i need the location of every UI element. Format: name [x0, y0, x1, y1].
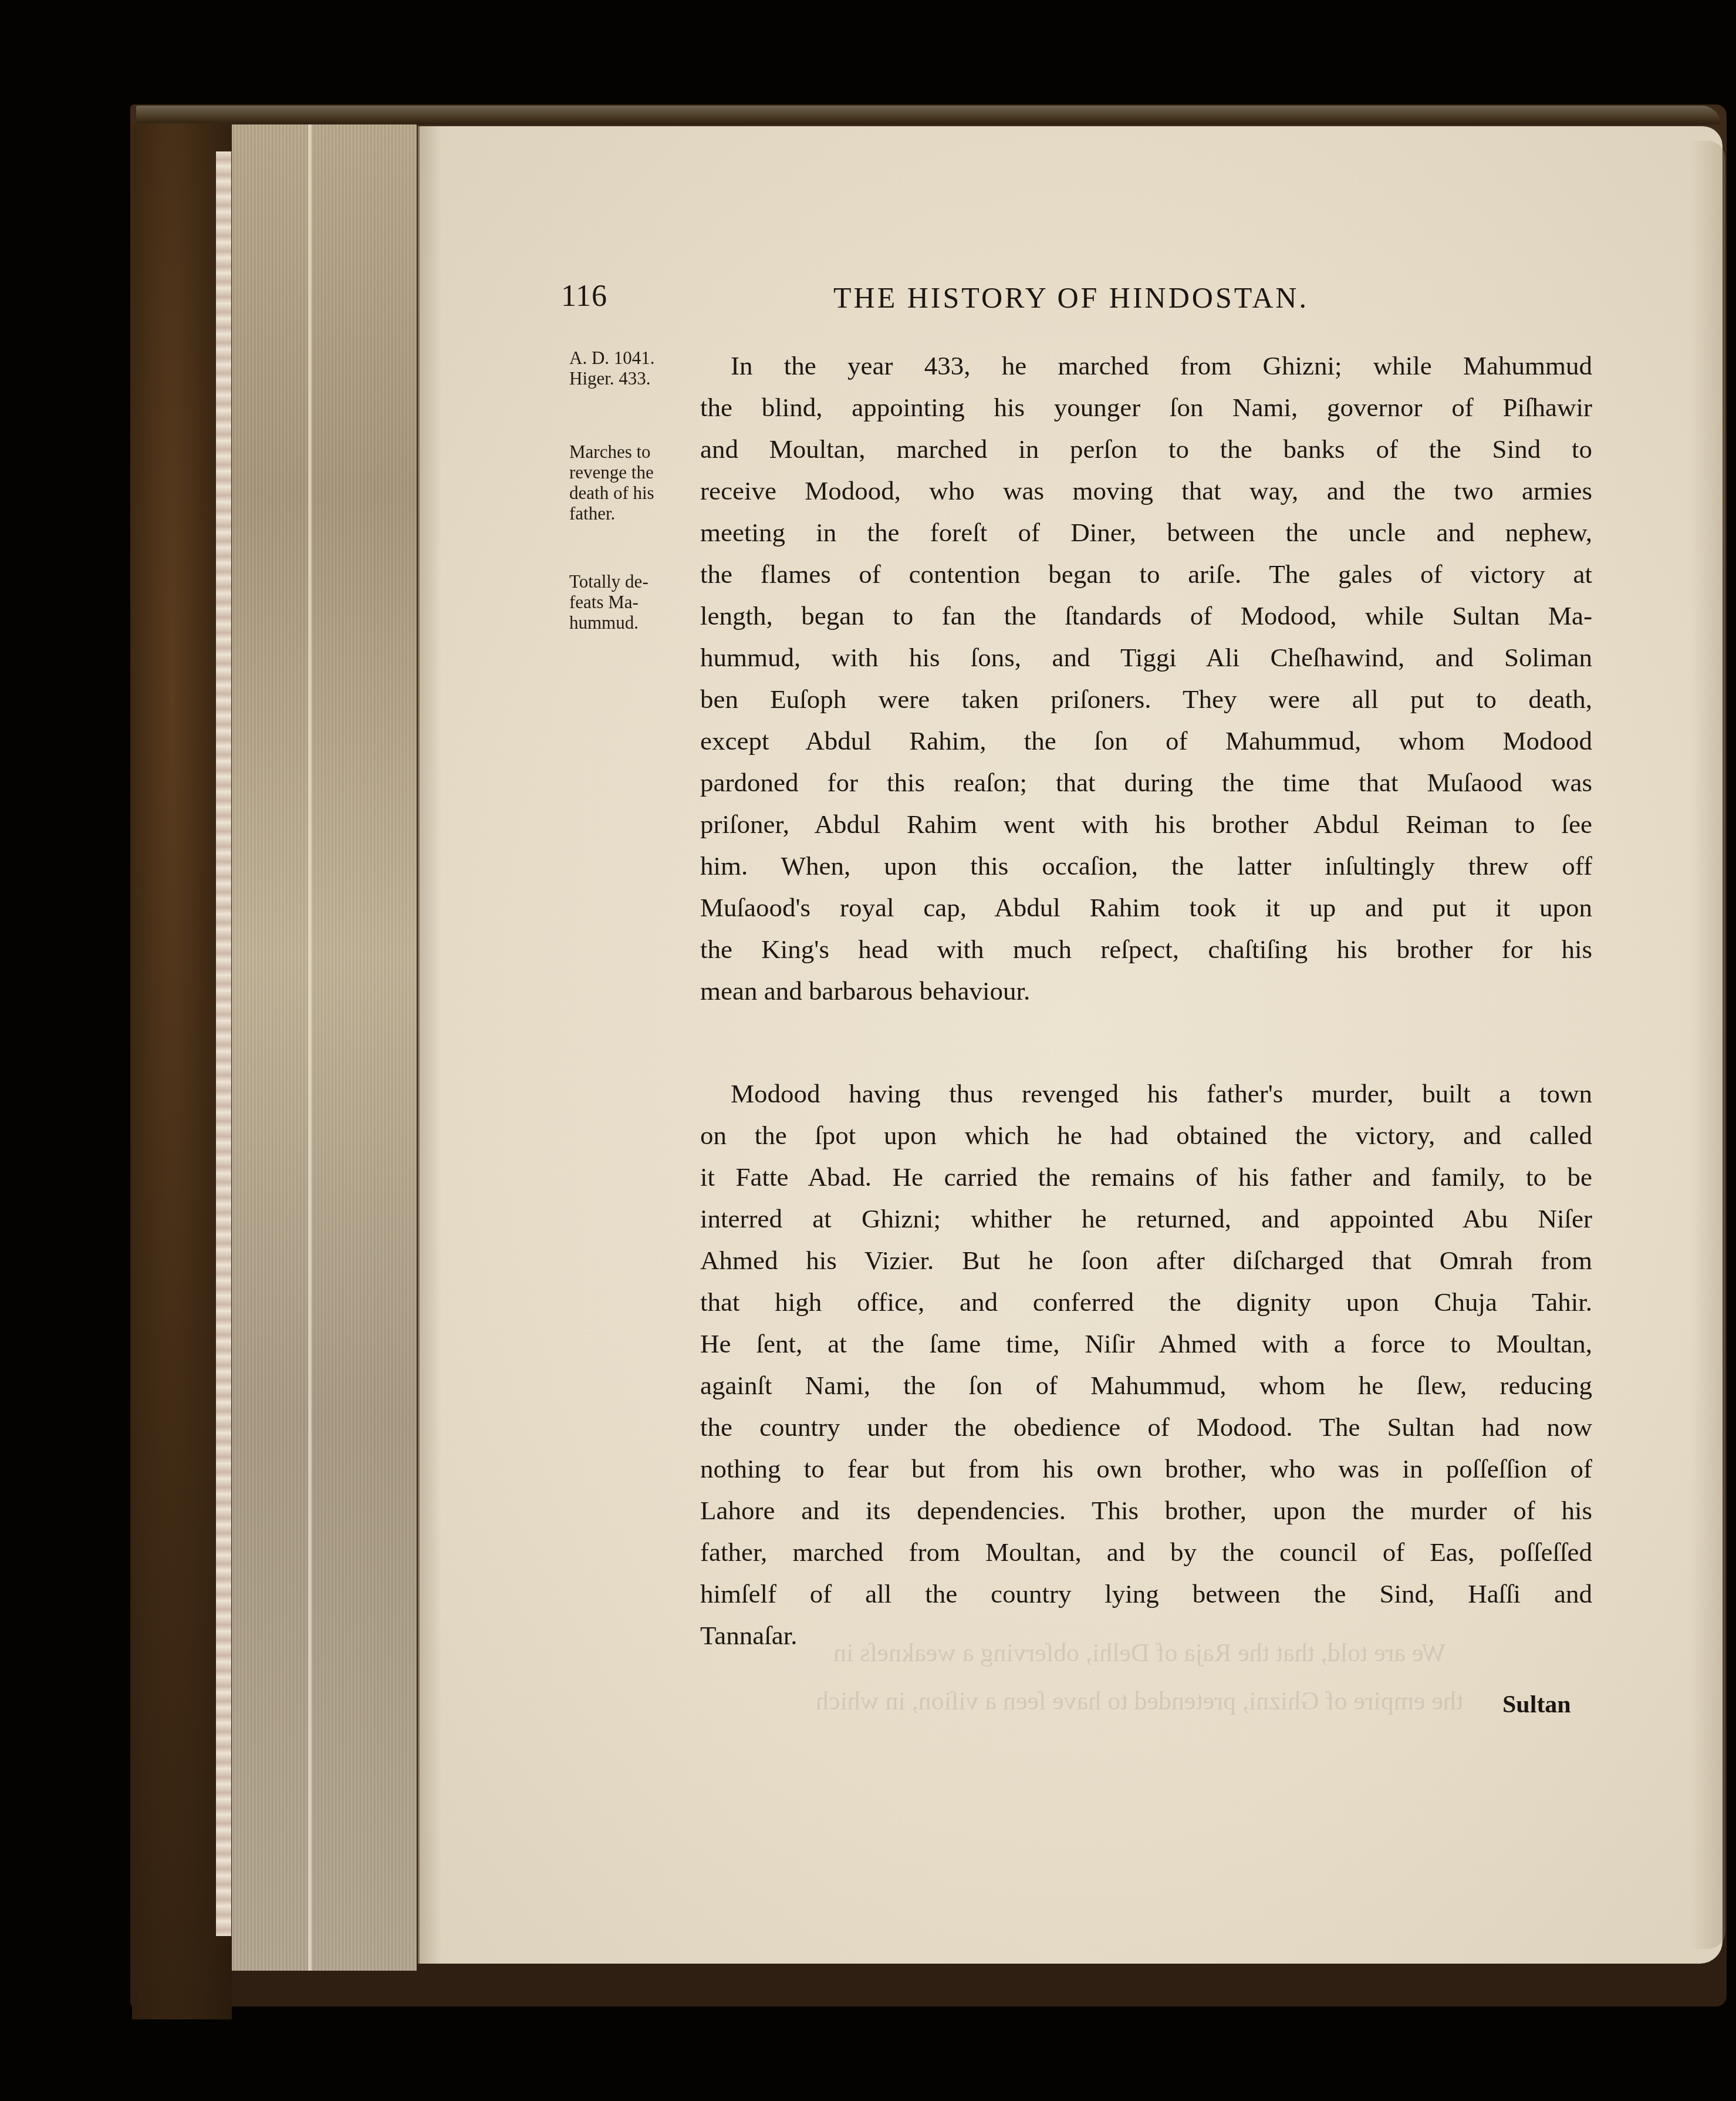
- text-line: himſelf of all the country lying between…: [700, 1573, 1592, 1615]
- text-line: the King's head with much reſpect, chaſt…: [700, 929, 1592, 970]
- text-line: the blind, appointing his younger ſon Na…: [700, 387, 1592, 429]
- text-line: that high office, and conferred the dign…: [700, 1281, 1592, 1323]
- catchword: Sultan: [1502, 1691, 1571, 1719]
- running-title: THE HISTORY OF HINDOSTAN.: [622, 281, 1520, 315]
- text-line: except Abdul Rahim, the ſon of Mahummud,…: [700, 720, 1592, 762]
- text-line: him. When, upon this occaſion, the latte…: [700, 845, 1592, 887]
- text-line: father, marched from Moultan, and by the…: [700, 1532, 1592, 1573]
- sidenote-line: revenge the: [569, 462, 690, 483]
- sidenote-line: Totally de-: [569, 571, 690, 592]
- text-line: interred at Ghizni; whither he returned,…: [700, 1198, 1592, 1240]
- text-line: the country under the obedience of Modoo…: [700, 1407, 1592, 1448]
- text-line: hummud, with his ſons, and Tiggi Ali Che…: [700, 637, 1592, 679]
- text-line: mean and barbarous behaviour.: [700, 970, 1592, 1012]
- sidenote-line: hummud.: [569, 612, 690, 633]
- sidenote-marches: Marches to revenge the death of his fath…: [569, 441, 690, 524]
- sidenote-line: Higer. 433.: [569, 368, 690, 389]
- marbled-endpaper: [216, 151, 231, 1936]
- text-line: Lahore and its dependencies. This brothe…: [700, 1490, 1592, 1532]
- sidenote-line: Marches to: [569, 441, 690, 462]
- show-through-text: the empire of Ghizni, pretended to have …: [816, 1686, 1463, 1716]
- text-line: the flames of contention began to ariſe.…: [700, 554, 1592, 595]
- text-line: it Fatte Abad. He carried the remains of…: [700, 1156, 1592, 1198]
- book-cover-top-edge: [136, 106, 1721, 124]
- sidenote-line: father.: [569, 503, 690, 524]
- page-curl-shadow: [1690, 141, 1725, 1949]
- sidenote-line: A. D. 1041.: [569, 348, 690, 368]
- text-line: meeting in the foreſt of Diner, between …: [700, 512, 1592, 554]
- sidenote-defeats: Totally de- feats Ma- hummud.: [569, 571, 690, 633]
- sidenote-date: A. D. 1041. Higer. 433.: [569, 348, 690, 389]
- text-line: In the year 433, he marched from Ghizni;…: [731, 345, 1592, 387]
- gutter-shadow: [418, 126, 441, 1964]
- text-line: receive Modood, who was moving that way,…: [700, 470, 1592, 512]
- text-line: pardoned for this reaſon; that during th…: [700, 762, 1592, 804]
- text-line: nothing to fear but from his own brother…: [700, 1448, 1592, 1490]
- text-line: on the ſpot upon which he had obtained t…: [700, 1115, 1592, 1156]
- text-line: againſt Nami, the ſon of Mahummud, whom …: [700, 1365, 1592, 1407]
- sidenote-line: death of his: [569, 483, 690, 503]
- text-line: Tannaſar.: [700, 1615, 1592, 1657]
- text-line: Muſaood's royal cap, Abdul Rahim took it…: [700, 887, 1592, 929]
- sidenote-line: feats Ma-: [569, 592, 690, 612]
- page-fore-edge: [232, 124, 417, 1971]
- text-line: He ſent, at the ſame time, Niſir Ahmed w…: [700, 1323, 1592, 1365]
- text-line: length, began to fan the ſtandards of Mo…: [700, 595, 1592, 637]
- text-line: and Moultan, marched in perſon to the ba…: [700, 429, 1592, 470]
- text-line: ben Euſoph were taken priſoners. They we…: [700, 679, 1592, 720]
- text-line: Ahmed his Vizier. But he ſoon after diſc…: [700, 1240, 1592, 1281]
- text-line: priſoner, Abdul Rahim went with his brot…: [700, 804, 1592, 845]
- page-number: 116: [561, 279, 607, 313]
- text-line: Modood having thus revenged his father's…: [731, 1073, 1592, 1115]
